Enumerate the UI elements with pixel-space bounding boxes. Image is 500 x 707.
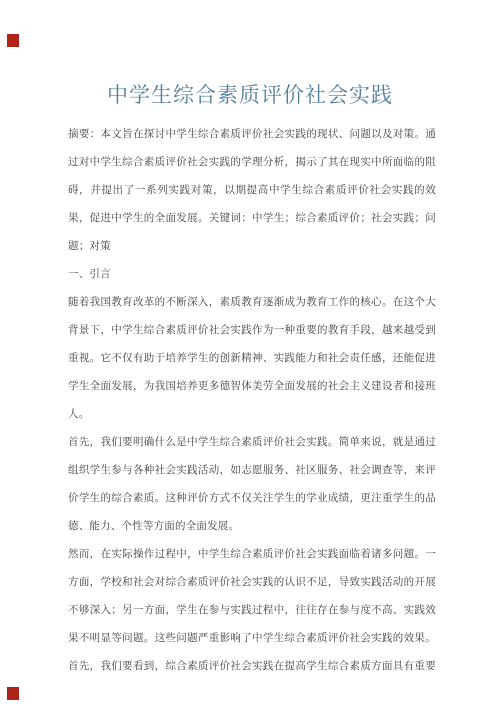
text-line: 首先，我们要明确什么是中学生综合素质评价社会实践。简单来说，就是通过 <box>68 428 436 456</box>
text-line: 摘要：本文旨在探讨中学生综合素质评价社会实践的现状、问题以及对策。通 <box>68 120 436 148</box>
text-line: 碍，并提出了一系列实践对策，以期提高中学生综合素质评价社会实践的效 <box>68 176 436 204</box>
text-line: 德、能力、个性等方面的全面发展。 <box>68 512 436 540</box>
text-line: 一、引言 <box>68 260 436 288</box>
text-line: 组织学生参与各种社会实践活动，如志愿服务、社区服务、社会调查等，来评 <box>68 456 436 484</box>
text-line: 首先，我们要看到，综合素质评价社会实践在提高学生综合素质方面具有重要 <box>68 652 436 680</box>
red-corner-marker-top <box>7 34 19 47</box>
red-corner-marker-bottom <box>7 687 19 700</box>
text-line: 背景下，中学生综合素质评价社会实践作为一种重要的教育手段，越来越受到 <box>68 316 436 344</box>
text-line: 过对中学生综合素质评价社会实践的学理分析，揭示了其在现实中所面临的阻 <box>68 148 436 176</box>
text-line: 不够深入；另一方面，学生在参与实践过程中，往往存在参与度不高、实践效 <box>68 596 436 624</box>
text-line: 然而，在实际操作过程中，中学生综合素质评价社会实践面临着诸多问题。一 <box>68 540 436 568</box>
text-line: 价学生的综合素质。这种评价方式不仅关注学生的学业成绩，更注重学生的品 <box>68 484 436 512</box>
text-line: 方面，学校和社会对综合素质评价社会实践的认识不足，导致实践活动的开展 <box>68 568 436 596</box>
document-page: 中学生综合素质评价社会实践 摘要：本文旨在探讨中学生综合素质评价社会实践的现状、… <box>0 0 500 707</box>
text-line: 果不明显等问题。这些问题严重影响了中学生综合素质评价社会实践的效果。 <box>68 624 436 652</box>
document-title: 中学生综合素质评价社会实践 <box>0 82 500 110</box>
text-line: 随着我国教育改革的不断深入，素质教育逐渐成为教育工作的核心。在这个大 <box>68 288 436 316</box>
text-line: 学生全面发展，为我国培养更多德智体美劳全面发展的社会主义建设者和接班 <box>68 372 436 400</box>
text-line: 人。 <box>68 400 436 428</box>
document-body: 摘要：本文旨在探讨中学生综合素质评价社会实践的现状、问题以及对策。通过对中学生综… <box>68 120 436 680</box>
text-line: 题；对策 <box>68 232 436 260</box>
text-line: 果，促进中学生的全面发展。关键词：中学生；综合素质评价；社会实践；问 <box>68 204 436 232</box>
text-line: 重视。它不仅有助于培养学生的创新精神、实践能力和社会责任感，还能促进 <box>68 344 436 372</box>
